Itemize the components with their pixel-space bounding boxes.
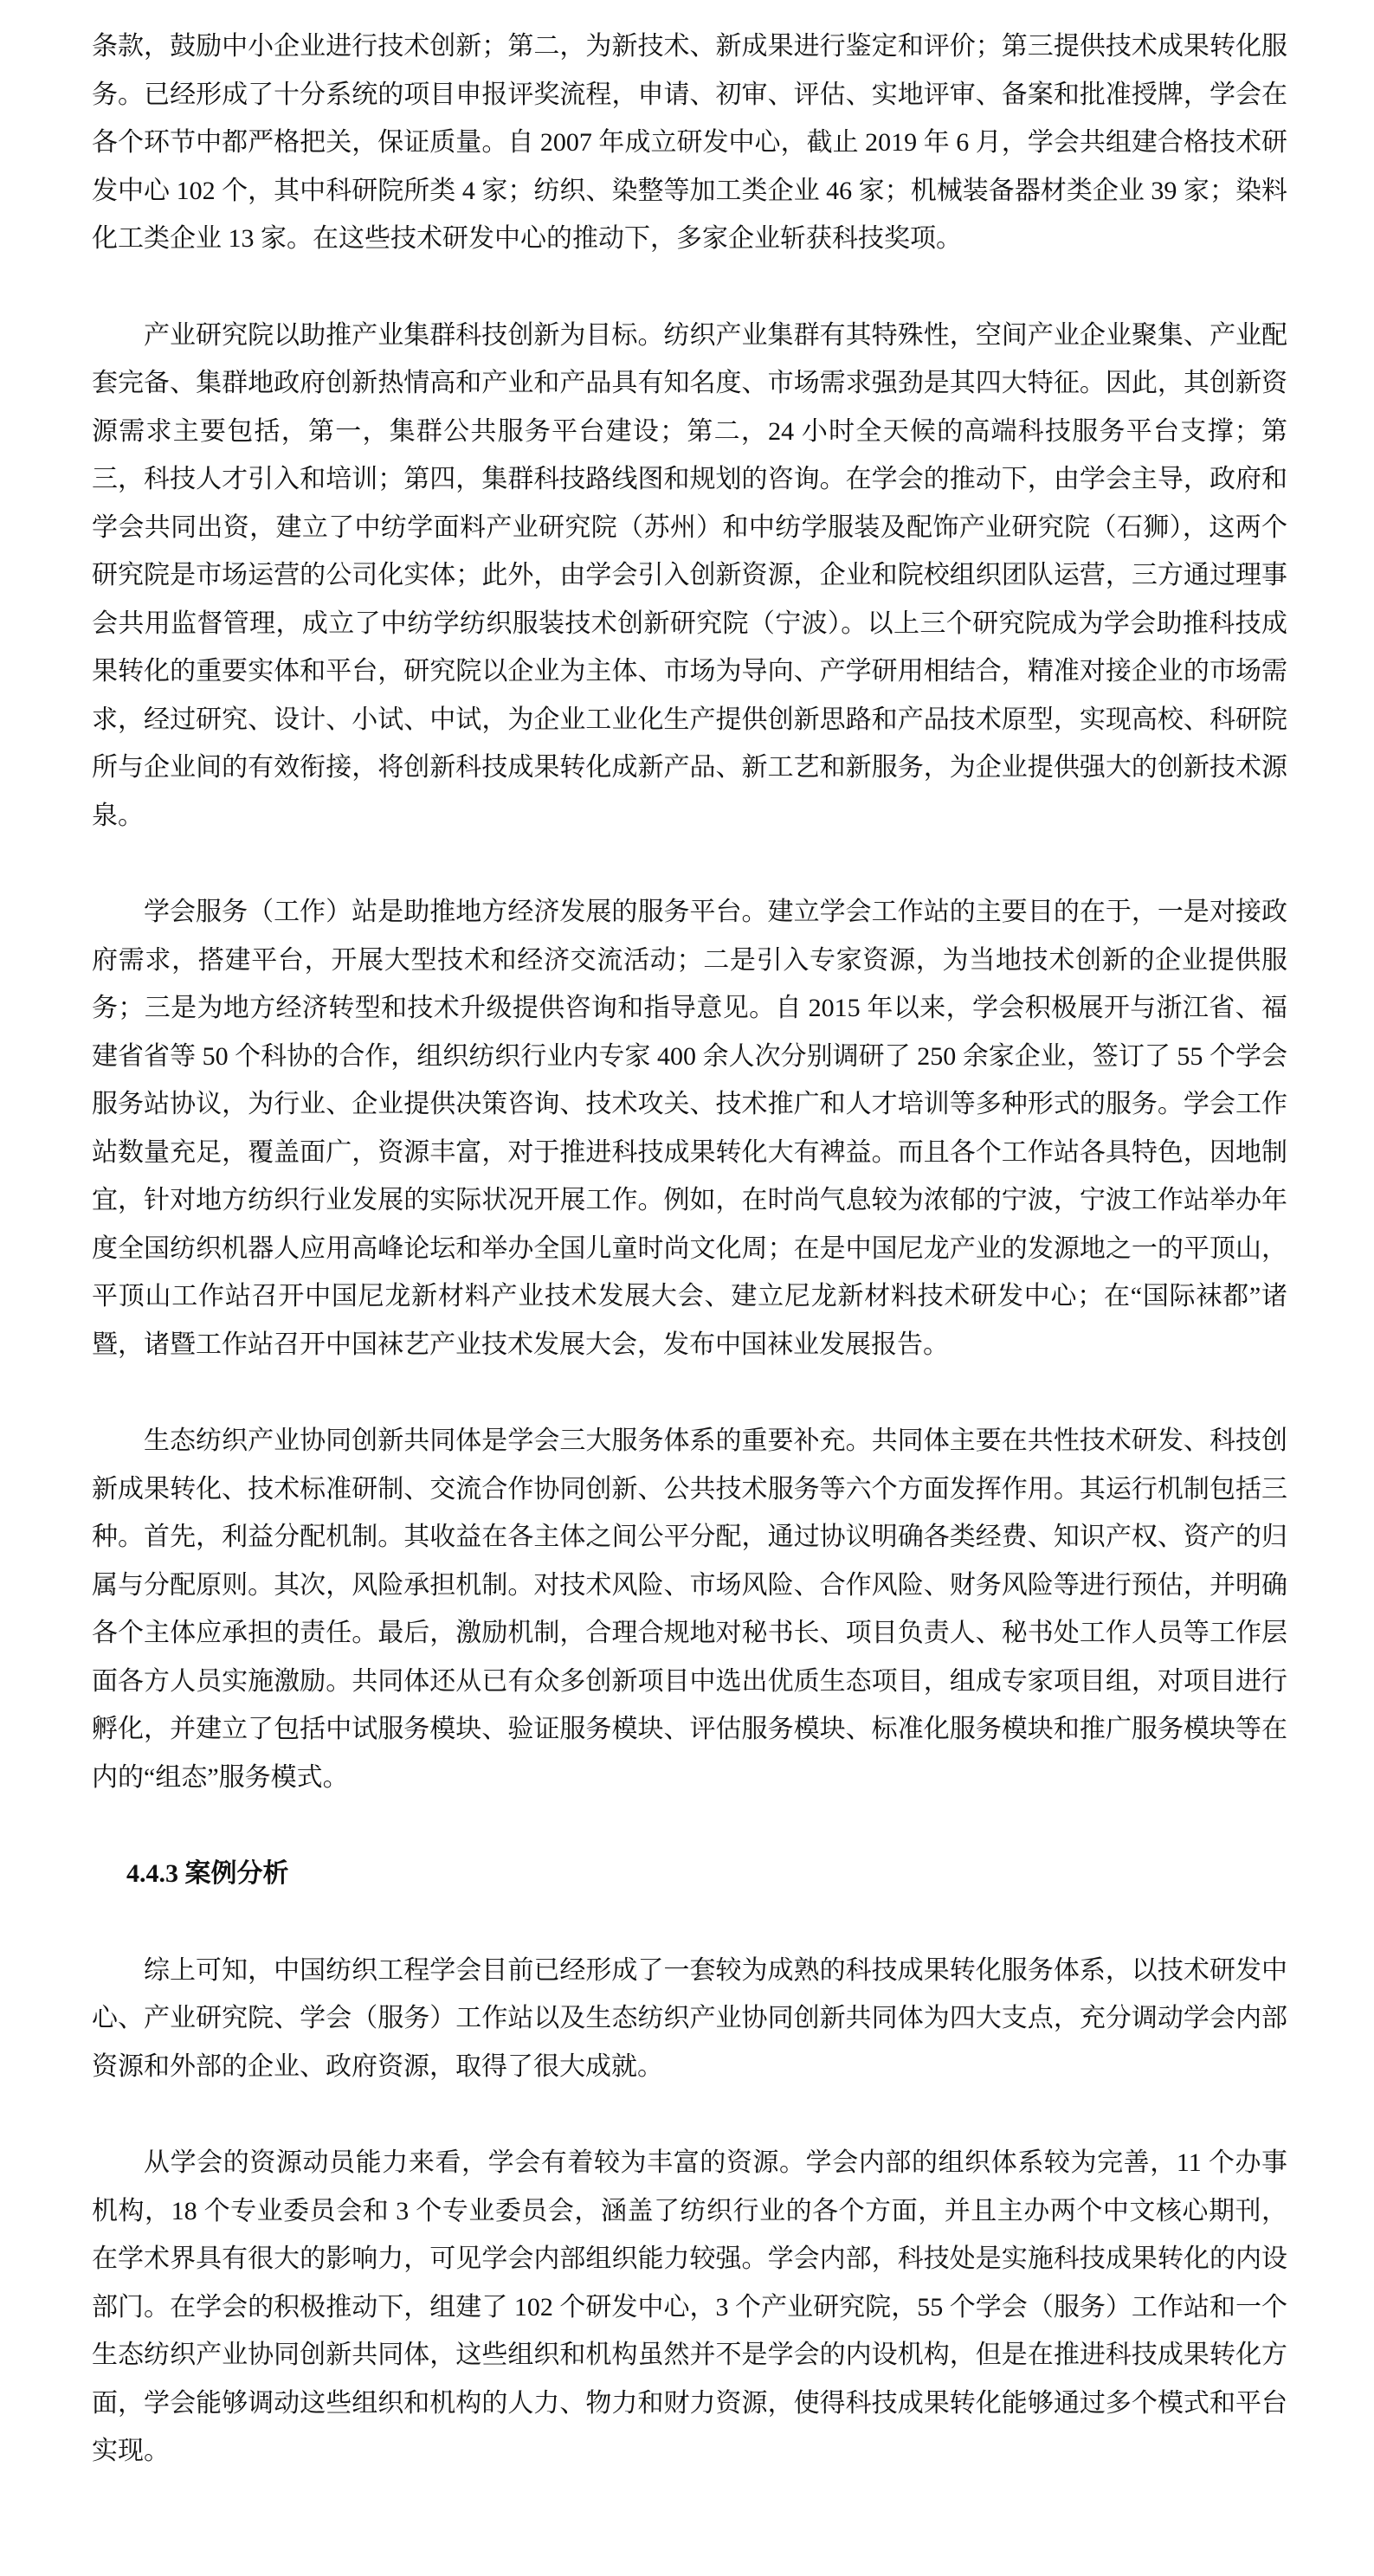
section-heading-4-4-3: 4.4.3 案例分析	[92, 1850, 1287, 1898]
paragraph-summary: 综上可知，中国纺织工程学会目前已经形成了一套较为成熟的科技成果转化服务体系，以技…	[92, 1947, 1287, 2091]
paragraph-industry-research-institute: 产业研究院以助推产业集群科技创新为目标。纺织产业集群有其特殊性，空间产业企业聚集…	[92, 312, 1287, 840]
document-page: 条款，鼓励中小企业进行技术创新；第二，为新技术、新成果进行鉴定和评价；第三提供技…	[0, 0, 1374, 2576]
paragraph-continuation: 条款，鼓励中小企业进行技术创新；第二，为新技术、新成果进行鉴定和评价；第三提供技…	[92, 23, 1287, 263]
paragraph-service-workstation: 学会服务（工作）站是助推地方经济发展的服务平台。建立学会工作站的主要目的在于，一…	[92, 888, 1287, 1368]
paragraph-eco-textile-community: 生态纺织产业协同创新共同体是学会三大服务体系的重要补充。共同体主要在共性技术研发…	[92, 1417, 1287, 1801]
paragraph-resource-mobilization: 从学会的资源动员能力来看，学会有着较为丰富的资源。学会内部的组织体系较为完善，1…	[92, 2139, 1287, 2476]
